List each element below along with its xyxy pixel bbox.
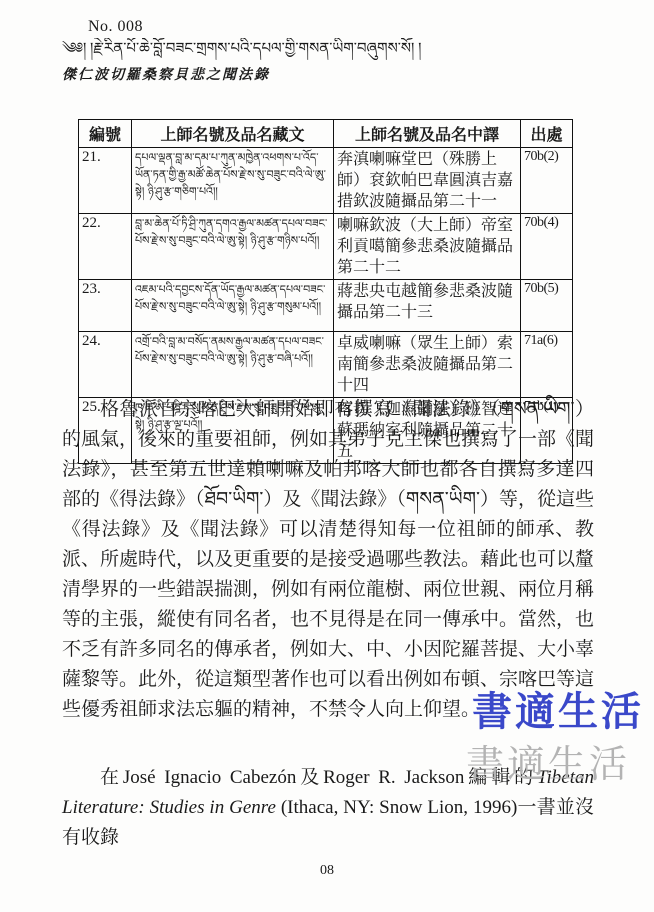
tibetan-title: ༄༅། །རྗེ་རིན་པོ་ཆེ་བློ་བཟང་གྲགས་པའི་དཔལ་… <box>62 38 602 60</box>
col-header-number: 編號 <box>79 120 132 148</box>
col-header-tibetan: 上師名號及品名藏文 <box>132 120 334 148</box>
chinese-text: 奔滇喇嘛堂巴（殊勝上師）袞欽帕巴韋圓滇吉嘉措欽波隨攝品第二十一 <box>334 148 521 214</box>
tibetan-text: འཇམ་པའི་དབྱངས་དོན་ཡོད་རྒྱལ་མཚན་དཔལ་བཟང་པ… <box>132 280 334 332</box>
source-ref: 70b(5) <box>521 280 573 332</box>
source-ref: 71a(6) <box>521 332 573 398</box>
chinese-text: 蔣悲央屯越簡參悲桑波隨攝品第二十三 <box>334 280 521 332</box>
chinese-title: 傑仁波切羅桑察貝悲之聞法錄 <box>62 64 270 84</box>
source-ref: 70b(4) <box>521 214 573 280</box>
row-number: 21. <box>79 148 132 214</box>
table-header-row: 編號 上師名號及品名藏文 上師名號及品名中譯 出處 <box>79 120 573 148</box>
tibetan-text: དཔལ་ལྡན་བླ་མ་དམ་པ་ཀུན་མཁྱེན་འཕགས་པ་འོད་ཡ… <box>132 148 334 214</box>
tibetan-text: བླ་མ་ཆེན་པོ་ཏི་ཤྲི་ཀུན་དགའ་རྒྱལ་མཚན་དཔལ་… <box>132 214 334 280</box>
row-number: 24. <box>79 332 132 398</box>
source-ref: 70b(2) <box>521 148 573 214</box>
col-header-source: 出處 <box>521 120 573 148</box>
paragraph-1: 格魯派自宗喀巴大師開始即有撰寫《聞法錄》（གསན་ཡིག་）的風氣，後來的重要祖… <box>62 395 594 725</box>
table-row: 22. བླ་མ་ཆེན་པོ་ཏི་ཤྲི་ཀུན་དགའ་རྒྱལ་མཚན་… <box>79 214 573 280</box>
row-number: 22. <box>79 214 132 280</box>
chinese-text: 喇嘛欽波（大上師）帝室利貢噶簡參悲桑波隨攝品第二十二 <box>334 214 521 280</box>
paragraph-2: 在José Ignacio Cabezón及Roger R. Jackson編輯… <box>62 763 594 853</box>
chinese-text: 卓威喇嘛（眾生上師）索南簡參悲桑波隨攝品第二十四 <box>334 332 521 398</box>
document-page: No. 008 ༄༅། །རྗེ་རིན་པོ་ཆེ་བློ་བཟང་གྲགས་… <box>0 0 654 912</box>
paragraph-2-prefix: 在José Ignacio Cabezón及Roger R. Jackson編輯… <box>100 767 537 788</box>
tibetan-text: འགྲོ་བའི་བླ་མ་བསོད་ནམས་རྒྱལ་མཚན་དཔལ་བཟང་… <box>132 332 334 398</box>
doc-number: No. 008 <box>88 18 143 36</box>
table-row: 24. འགྲོ་བའི་བླ་མ་བསོད་ནམས་རྒྱལ་མཚན་དཔལ་… <box>79 332 573 398</box>
body-text-block: 格魯派自宗喀巴大師開始即有撰寫《聞法錄》（གསན་ཡིག་）的風氣，後來的重要祖… <box>62 395 594 853</box>
col-header-chinese: 上師名號及品名中譯 <box>334 120 521 148</box>
table-row: 21. དཔལ་ལྡན་བླ་མ་དམ་པ་ཀུན་མཁྱེན་འཕགས་པ་འ… <box>79 148 573 214</box>
page-number: 08 <box>0 863 654 879</box>
table-row: 23. འཇམ་པའི་དབྱངས་དོན་ཡོད་རྒྱལ་མཚན་དཔལ་བ… <box>79 280 573 332</box>
row-number: 23. <box>79 280 132 332</box>
